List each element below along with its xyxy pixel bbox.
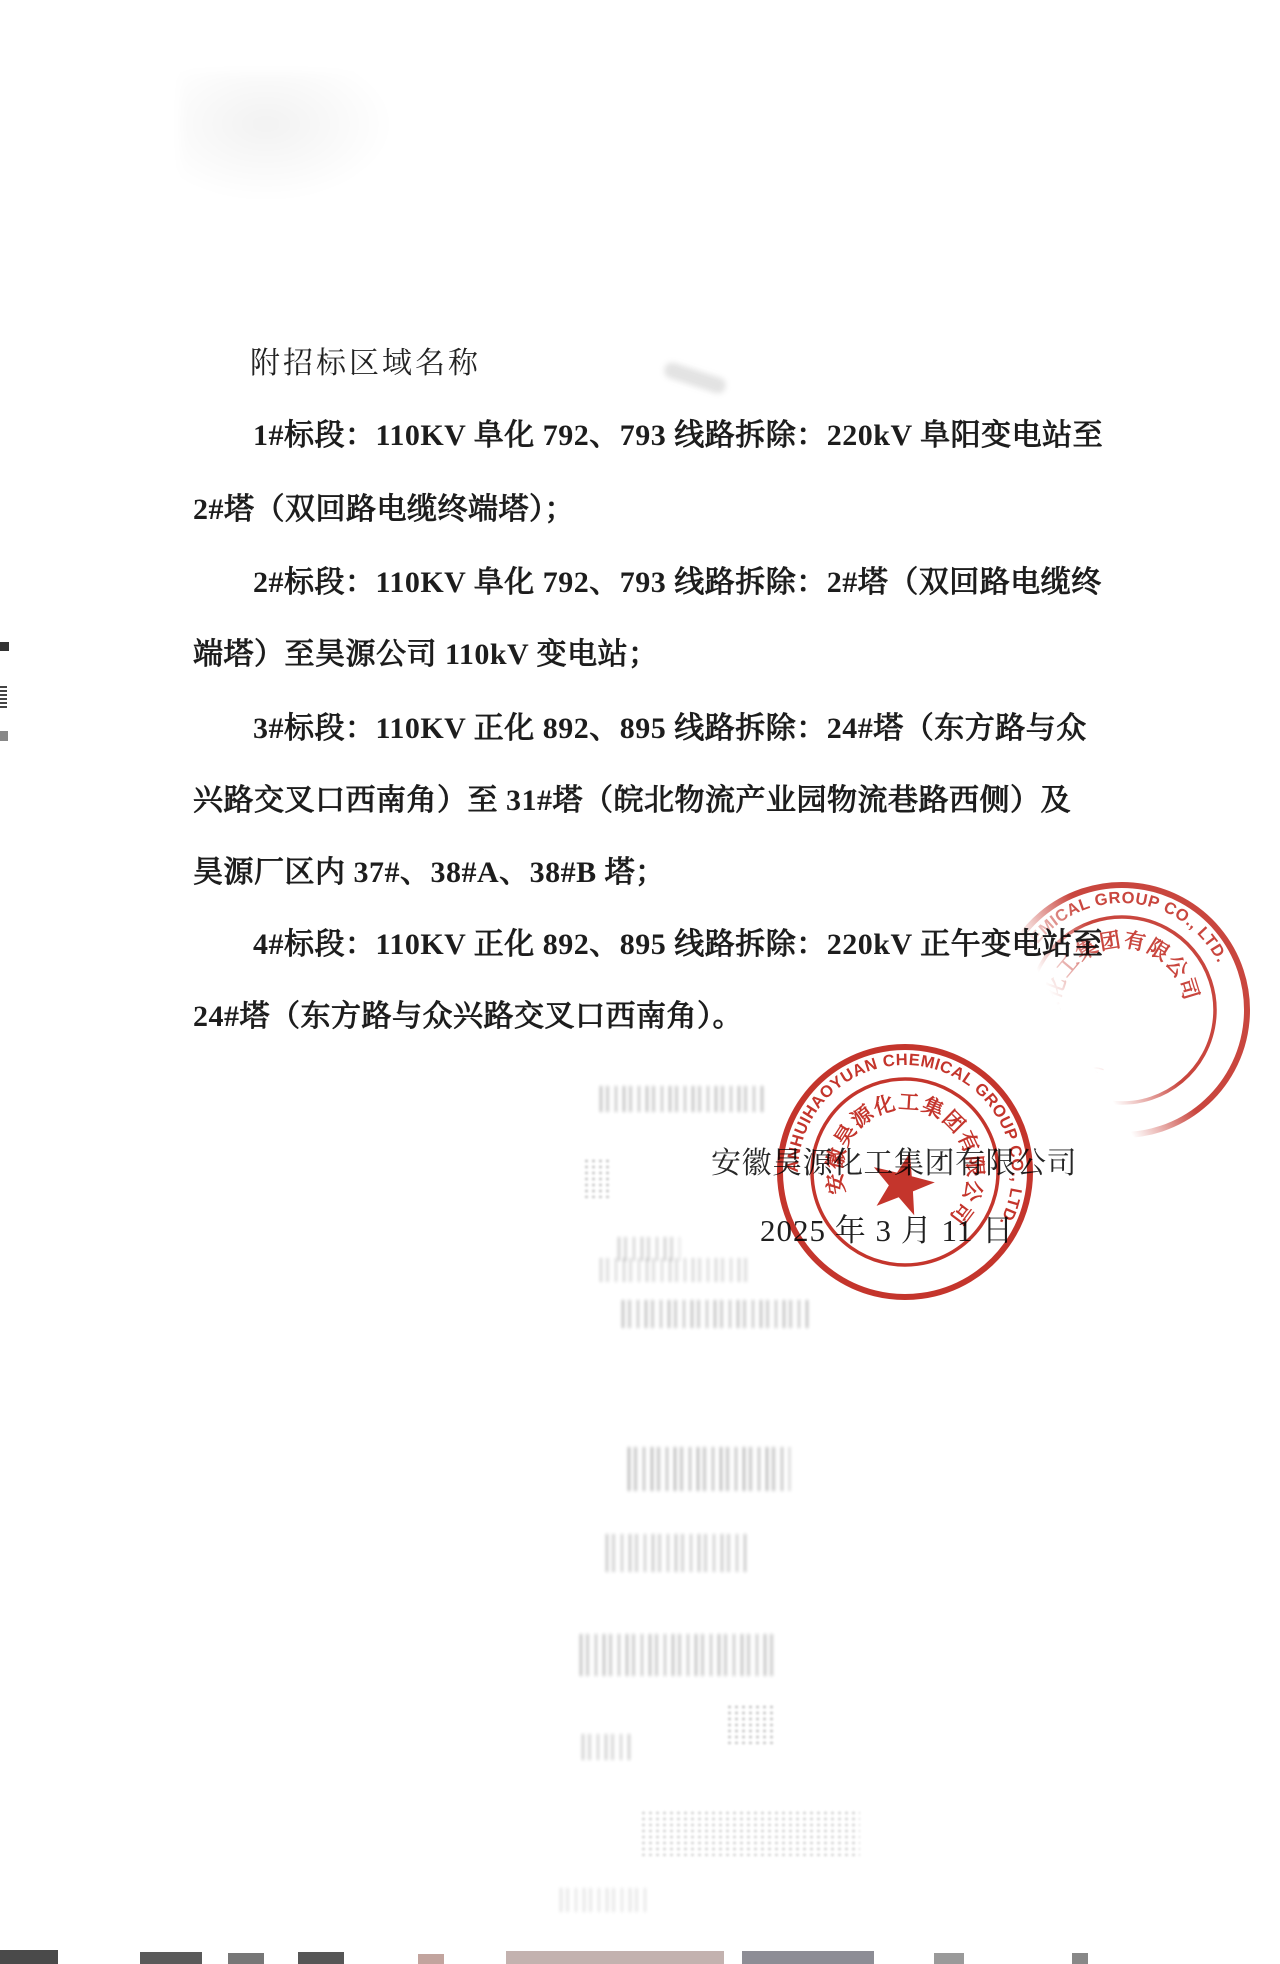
signature-company-name: 安徽昊源化工集团有限公司: [711, 1146, 1077, 1182]
bleedthrough-fragment: [726, 1704, 774, 1744]
scan-bottom-band: [140, 1952, 202, 1964]
body-line: 1#标段：110KV 阜化 792、793 线路拆除：220kV 阜阳变电站至: [253, 418, 1103, 454]
bleedthrough-fragment: [583, 1158, 609, 1198]
body-line: 2#标段：110KV 阜化 792、793 线路拆除：2#塔（双回路电缆终: [253, 565, 1102, 601]
scan-bottom-band: [934, 1953, 964, 1964]
scan-bottom-band: [418, 1954, 444, 1964]
body-line: 兴路交叉口西南角）至 31#塔（皖北物流产业园物流巷路西侧）及: [193, 783, 1071, 819]
seal-chinese-text: 安徽昊源化工集团有限公司: [1006, 894, 1213, 1096]
scan-bottom-band: [298, 1952, 344, 1964]
bleedthrough-fragment: [600, 1086, 765, 1112]
bleedthrough-fragment: [618, 1237, 680, 1261]
svg-text:ANHUIHAOYUAN CHEMICAL GROUP CO: ANHUIHAOYUAN CHEMICAL GROUP CO., LTD.: [951, 839, 1233, 1110]
scan-ghost-smudge: [662, 361, 728, 396]
seal-english-text: ANHUIHAOYUAN CHEMICAL GROUP CO., LTD.: [780, 1025, 1052, 1230]
body-line: 2#塔（双回路电缆终端塔）；: [193, 492, 575, 528]
bleedthrough-fragment: [582, 1734, 632, 1760]
bleedthrough-fragment: [560, 1888, 650, 1912]
svg-text:ANHUIHAOYUAN CHEMICAL GROUP CO: ANHUIHAOYUAN CHEMICAL GROUP CO., LTD.: [780, 1025, 1052, 1230]
bleedthrough-fragment: [600, 1258, 750, 1282]
bleedthrough-fragment: [622, 1300, 810, 1328]
scan-bottom-band: [506, 1951, 724, 1964]
bleedthrough-fragment: [628, 1447, 790, 1491]
scan-ghost-smudge: [180, 72, 395, 202]
scan-bottom-band: [228, 1953, 264, 1964]
seal-english-text: ANHUIHAOYUAN CHEMICAL GROUP CO., LTD.: [951, 839, 1233, 1110]
svg-text:安徽昊源化工集团有限公司: 安徽昊源化工集团有限公司: [1006, 894, 1213, 1096]
document-heading: 附招标区域名称: [250, 346, 481, 382]
body-line: 端塔）至昊源公司 110kV 变电站；: [193, 637, 659, 673]
bleedthrough-fragment: [640, 1810, 860, 1856]
body-line: 4#标段：110KV 正化 892、895 线路拆除：220kV 正午变电站至: [253, 927, 1103, 963]
signature-date: 2025 年 3 月 11 日: [760, 1213, 1014, 1249]
scan-bottom-band: [1072, 1953, 1088, 1964]
scanned-document-page: 附招标区域名称 1#标段：110KV 阜化 792、793 线路拆除：220kV…: [0, 0, 1280, 1964]
bleedthrough-fragment: [606, 1534, 748, 1572]
body-line: 昊源厂区内 37#、38#A、38#B 塔；: [193, 855, 666, 891]
body-line: 3#标段：110KV 正化 892、895 线路拆除：24#塔（东方路与众: [253, 711, 1087, 747]
scan-edge-mark: [0, 642, 9, 651]
body-line: 24#塔（东方路与众兴路交叉口西南角）。: [193, 999, 743, 1035]
scan-edge-mark: [0, 684, 7, 708]
scan-edge-mark: [0, 731, 8, 741]
bleedthrough-fragment: [580, 1634, 778, 1676]
scan-bottom-band: [742, 1951, 874, 1964]
scan-bottom-band: [0, 1950, 58, 1964]
